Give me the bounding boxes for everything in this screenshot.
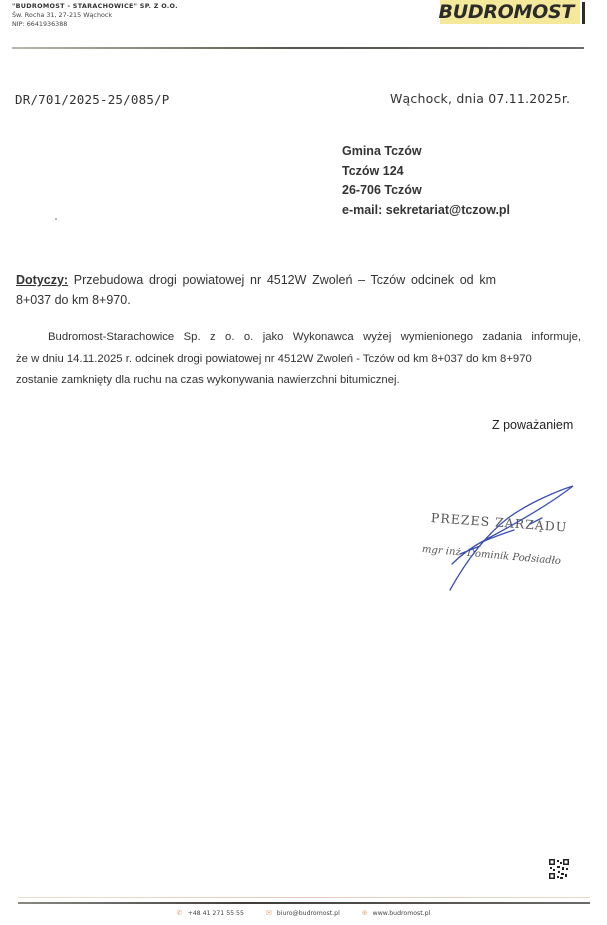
reference-number: DR/701/2025-25/085/P xyxy=(15,92,170,107)
footer-phone-text: +48 41 271 55 55 xyxy=(188,910,244,917)
body-line-2: że w dniu 14.11.2025 r. odcinek drogi po… xyxy=(16,349,581,371)
place-date: Wąchock, dnia 07.11.2025r. xyxy=(390,91,570,106)
logo-bar xyxy=(582,2,585,24)
header-divider xyxy=(12,47,584,49)
handwritten-signature xyxy=(430,484,590,594)
globe-icon: ⊕ xyxy=(362,909,368,917)
letter-body: Budromost-Starachowice Sp. z o. o. jako … xyxy=(16,327,581,392)
company-name: "BUDROMOST - STARACHOWICE" SP. Z O.O. xyxy=(12,2,178,11)
logo-text: BUDROMOST xyxy=(439,1,574,23)
phone-icon: ✆ xyxy=(177,909,183,917)
closing: Z poważaniem xyxy=(492,418,573,432)
company-address: Św. Rocha 31, 27-215 Wąchock xyxy=(12,11,178,20)
addressee-email: e-mail: sekretariat@tczow.pl xyxy=(342,201,510,221)
footer-phone: ✆ +48 41 271 55 55 xyxy=(177,909,244,917)
subject-label: Dotyczy: xyxy=(16,273,68,287)
body-line-1: Budromost-Starachowice Sp. z o. o. jako … xyxy=(16,327,581,349)
envelope-icon: ✉ xyxy=(266,909,272,917)
footer-website: ⊕ www.budromost.pl xyxy=(362,909,431,917)
footer-email-text: biuro@budromost.pl xyxy=(277,910,340,917)
company-nip: NIP: 6641936388 xyxy=(12,20,178,29)
company-info: "BUDROMOST - STARACHOWICE" SP. Z O.O. Św… xyxy=(12,2,178,29)
qr-code xyxy=(548,858,570,880)
footer-contacts: ✆ +48 41 271 55 55 ✉ biuro@budromost.pl … xyxy=(0,909,607,917)
addressee-street: Tczów 124 xyxy=(342,162,510,182)
scan-speck xyxy=(55,218,57,220)
subject-text: Przebudowa drogi powiatowej nr 4512W Zwo… xyxy=(16,273,496,307)
addressee-block: Gmina Tczów Tczów 124 26-706 Tczów e-mai… xyxy=(342,142,510,220)
addressee-name: Gmina Tczów xyxy=(342,142,510,162)
addressee-postal: 26-706 Tczów xyxy=(342,181,510,201)
footer-divider-faint xyxy=(18,897,590,898)
footer-email: ✉ biuro@budromost.pl xyxy=(266,909,340,917)
footer-divider xyxy=(18,902,590,904)
company-logo: BUDROMOST xyxy=(440,0,580,24)
body-line-3: zostanie zamknięty dla ruchu na czas wyk… xyxy=(16,370,581,392)
footer-website-text: www.budromost.pl xyxy=(373,910,431,917)
subject-line: Dotyczy: Przebudowa drogi powiatowej nr … xyxy=(16,270,496,310)
